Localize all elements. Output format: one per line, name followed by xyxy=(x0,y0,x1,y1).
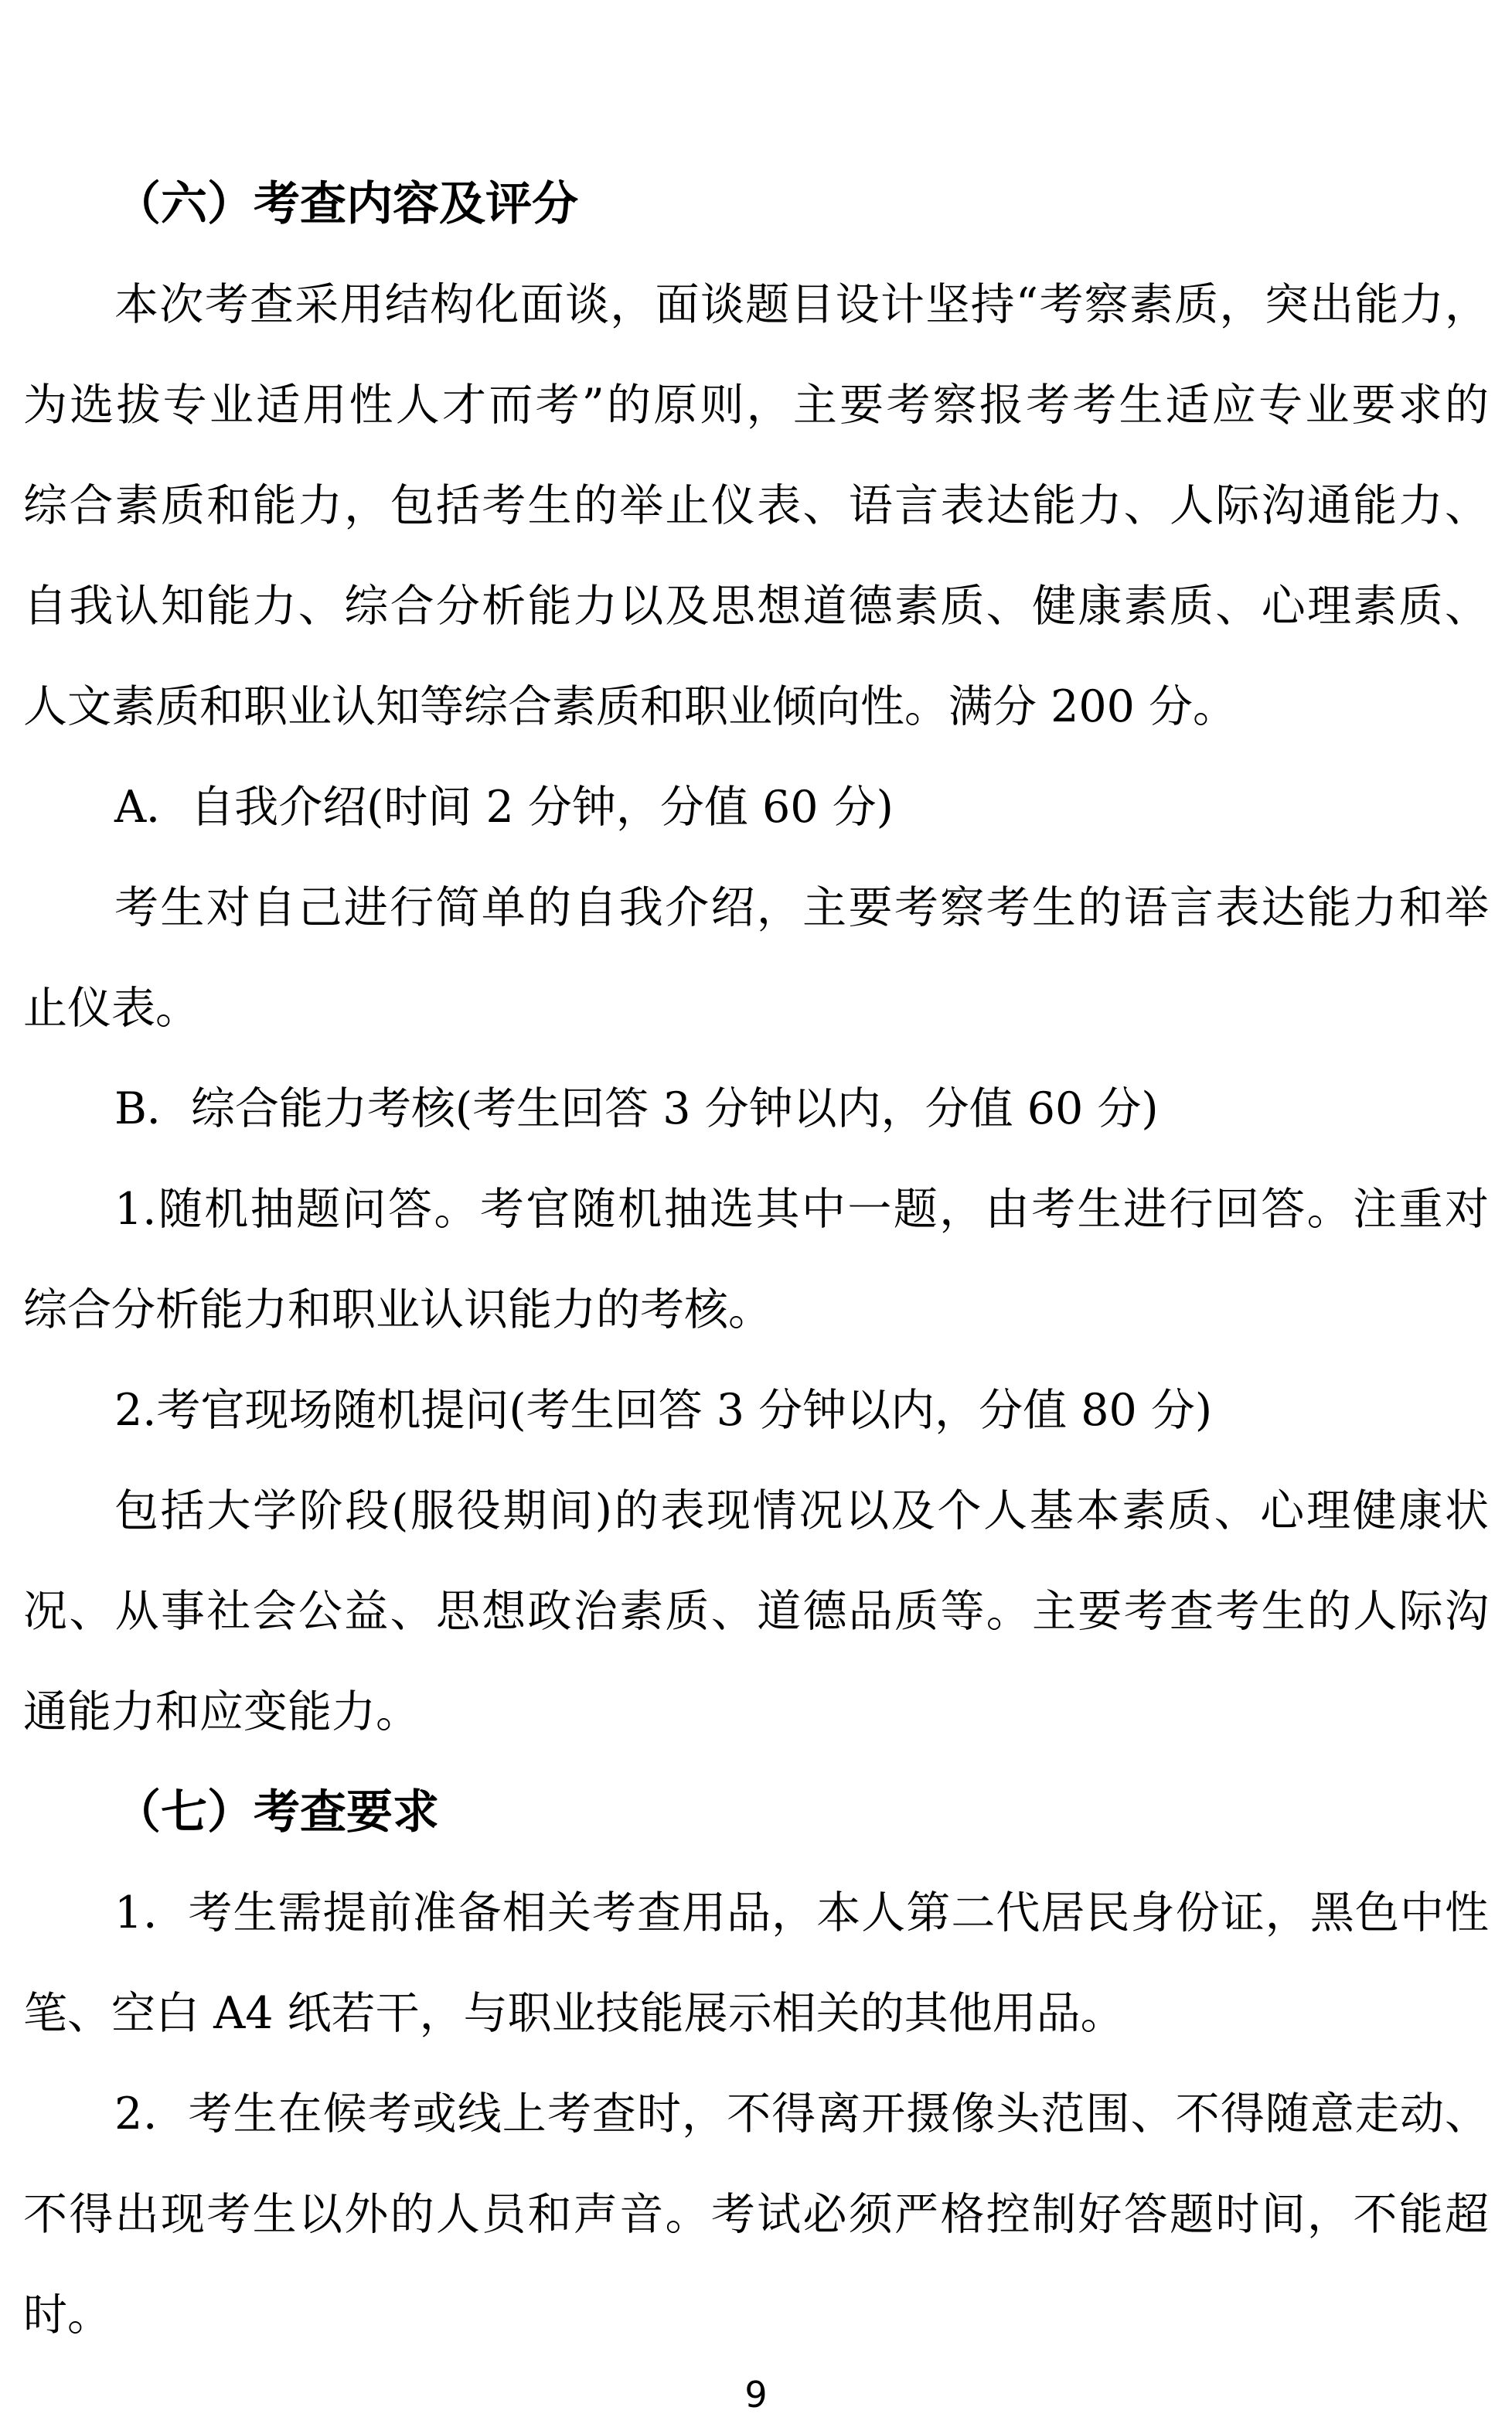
paragraph-line: 况、从事社会公益、思想政治素质、道德品质等。主要考查考生的人际沟 xyxy=(23,1561,1489,1662)
paragraph-line: 2．考生在候考或线上考查时，不得离开摄像头范围、不得随意走动、 xyxy=(23,2064,1489,2164)
paragraph-line: 包括大学阶段(服役期间)的表现情况以及个人基本素质、心理健康状 xyxy=(23,1461,1489,1561)
item-b-heading: B．综合能力考核(考生回答 3 分钟以内，分值 60 分) xyxy=(23,1059,1489,1159)
paragraph-line: 不得出现考生以外的人员和声音。考试必须严格控制好答题时间，不能超 xyxy=(23,2164,1489,2265)
paragraph-line: 时。 xyxy=(23,2265,1489,2365)
paragraph-line: 1.随机抽题问答。考官随机抽选其中一题，由考生进行回答。注重对 xyxy=(23,1159,1489,1260)
item-a-heading: A．自我介绍(时间 2 分钟，分值 60 分) xyxy=(23,757,1489,857)
section-heading-6: （六）考查内容及评分 xyxy=(23,154,1489,254)
document-body: （六）考查内容及评分 本次考查采用结构化面谈，面谈题目设计坚持“考察素质，突出能… xyxy=(23,154,1489,2365)
paragraph-line: 综合素质和能力，包括考生的举止仪表、语言表达能力、人际沟通能力、 xyxy=(23,455,1489,556)
paragraph-line: 通能力和应变能力。 xyxy=(23,1662,1489,1762)
paragraph-line: 笔、空白 A4 纸若干，与职业技能展示相关的其他用品。 xyxy=(23,1963,1489,2064)
paragraph-line: 1．考生需提前准备相关考查用品，本人第二代居民身份证，黑色中性 xyxy=(23,1863,1489,1963)
paragraph-line: 综合分析能力和职业认识能力的考核。 xyxy=(23,1260,1489,1360)
paragraph-line: 人文素质和职业认知等综合素质和职业倾向性。满分 200 分。 xyxy=(23,656,1489,757)
paragraph-line: 止仪表。 xyxy=(23,958,1489,1059)
item-2-heading: 2.考官现场随机提问(考生回答 3 分钟以内，分值 80 分) xyxy=(23,1360,1489,1461)
paragraph-line: 本次考查采用结构化面谈，面谈题目设计坚持“考察素质，突出能力， xyxy=(23,254,1489,355)
section-heading-7: （七）考查要求 xyxy=(23,1762,1489,1863)
page-number: 9 xyxy=(0,2368,1512,2422)
paragraph-line: 自我认知能力、综合分析能力以及思想道德素质、健康素质、心理素质、 xyxy=(23,556,1489,656)
document-page: （六）考查内容及评分 本次考查采用结构化面谈，面谈题目设计坚持“考察素质，突出能… xyxy=(0,0,1512,2431)
paragraph-line: 考生对自己进行简单的自我介绍，主要考察考生的语言表达能力和举 xyxy=(23,857,1489,958)
paragraph-line: 为选拔专业适用性人才而考”的原则，主要考察报考考生适应专业要求的 xyxy=(23,355,1489,455)
